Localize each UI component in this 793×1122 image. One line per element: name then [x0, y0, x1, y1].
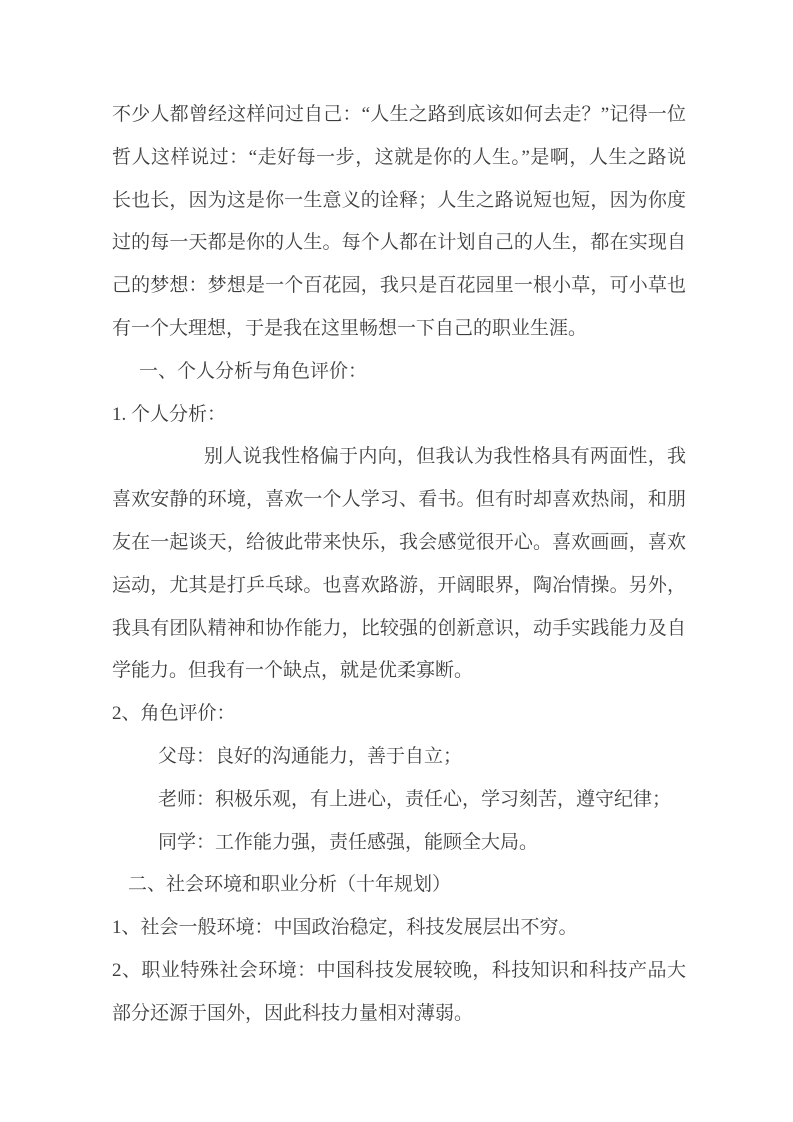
item-special-environment: 2、职业特殊社会环境：中国科技发展较晚，科技知识和科技产品大部分还源于国外，因此… [112, 950, 686, 1036]
item-role-evaluation-label: 2、角色评价： [112, 693, 686, 736]
item-general-environment: 1、社会一般环境：中国政治稳定，科技发展层出不穷。 [112, 907, 686, 950]
intro-paragraph: 不少人都曾经这样问过自己：“人生之路到底该如何去走？”记得一位哲人这样说过：“走… [112, 94, 686, 351]
heading-section-1: 一、个人分析与角色评价： [112, 351, 686, 394]
role-parents: 父母：良好的沟通能力，善于自立； [112, 736, 686, 779]
document-page: 不少人都曾经这样问过自己：“人生之路到底该如何去走？”记得一位哲人这样说过：“走… [0, 0, 793, 1122]
role-teachers: 老师：积极乐观，有上进心，责任心，学习刻苦，遵守纪律； [112, 779, 686, 822]
role-classmates: 同学：工作能力强，责任感强，能顾全大局。 [112, 822, 686, 865]
personal-analysis-paragraph: 别人说我性格偏于内向，但我认为我性格具有两面性，我喜欢安静的环境，喜欢一个人学习… [112, 436, 686, 693]
item-personal-analysis-label: 1. 个人分析： [112, 394, 686, 437]
heading-section-2: 二、社会环境和职业分析（十年规划） [112, 864, 686, 907]
